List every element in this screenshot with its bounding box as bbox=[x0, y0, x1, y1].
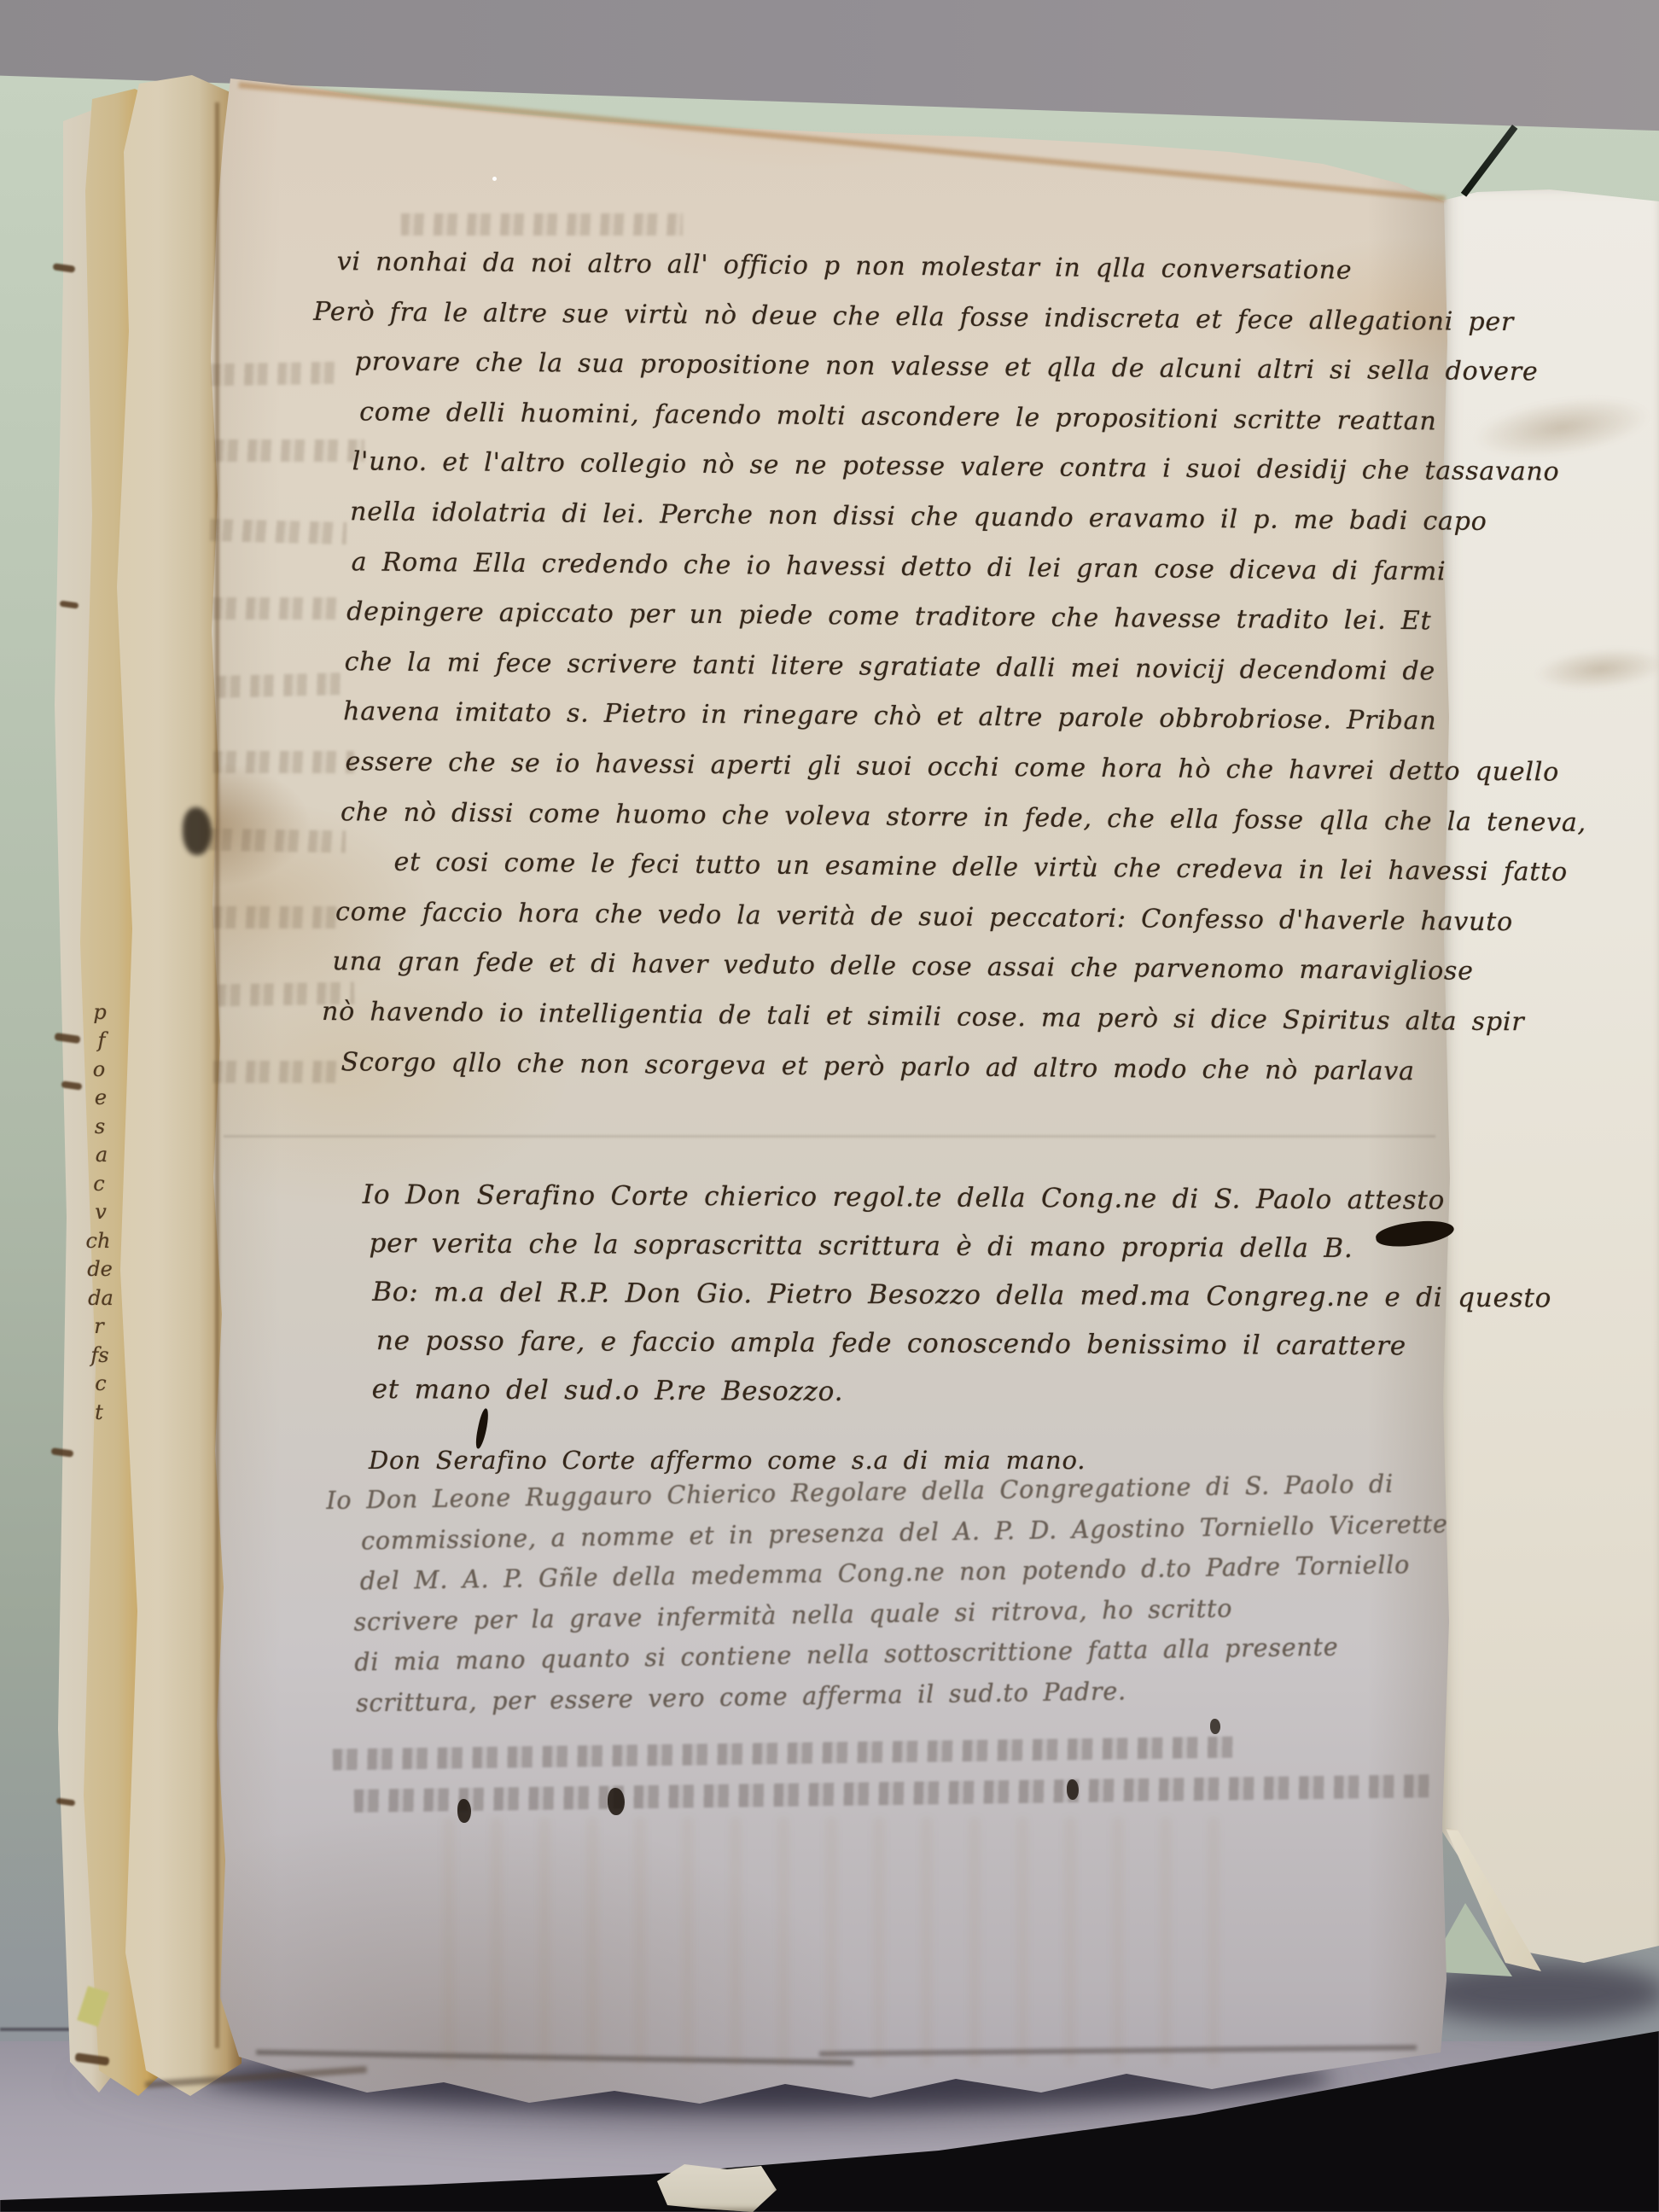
margin-letter: fs bbox=[82, 1343, 118, 1367]
ink-blot bbox=[608, 1788, 625, 1815]
margin-letter: c bbox=[81, 1172, 117, 1196]
margin-letter: c bbox=[83, 1371, 119, 1395]
margin-letter: o bbox=[81, 1057, 117, 1081]
manuscript-photo: vi nonhai da noi altro all' officio p no… bbox=[0, 0, 1659, 2212]
bleedthrough-line bbox=[401, 213, 683, 236]
margin-letter: s bbox=[82, 1115, 118, 1138]
text-line: Bo: m.a del R.P. Don Gio. Pietro Besozzo… bbox=[372, 1268, 1463, 1323]
text-line: nella idolatria di lei. Perche non dissi… bbox=[350, 487, 1457, 547]
ink-blot bbox=[1067, 1779, 1079, 1800]
text-line: Scorgo qllo che non scorgeva et però par… bbox=[341, 1038, 1452, 1097]
margin-letter: f bbox=[84, 1028, 119, 1052]
text-line: essere che se io havessi aperti gli suoi… bbox=[345, 737, 1454, 797]
margin-letter: e bbox=[83, 1086, 119, 1109]
margin-letter: v bbox=[83, 1200, 119, 1224]
text-line: vi nonhai da noi altro all' officio p no… bbox=[336, 237, 1458, 297]
text-line: nò havendo io intelligentia de tali et s… bbox=[322, 987, 1452, 1047]
margin-letter: de bbox=[82, 1257, 118, 1281]
text-line: ne posso fare, e faccio ampla fede conos… bbox=[376, 1317, 1463, 1371]
text-line: et cosi come le feci tutto un esamine de… bbox=[393, 838, 1453, 897]
text-line: depingere apiccato per un piede come tra… bbox=[346, 587, 1456, 647]
text-line: et mano del sud.o P.re Besozzo. bbox=[372, 1365, 1463, 1420]
attestation-leone: Io Don Leone Ruggauro Chierico Regolare … bbox=[326, 1463, 1473, 1724]
brown-stain bbox=[183, 807, 212, 855]
margin-letter: da bbox=[83, 1286, 119, 1310]
horizontal-crease bbox=[224, 1135, 1435, 1138]
margin-letter: a bbox=[84, 1143, 119, 1167]
text-line: provare che la sua propositione non vale… bbox=[354, 338, 1458, 398]
water-streaks bbox=[444, 1818, 1246, 2065]
ink-blot bbox=[457, 1799, 471, 1823]
main-paragraph: vi nonhai da noi altro all' officio p no… bbox=[317, 237, 1459, 1097]
margin-letter: p bbox=[82, 1000, 118, 1024]
ink-blot bbox=[1210, 1719, 1220, 1734]
attestation-serafino: Io Don Serafino Corte chierico regol.te … bbox=[362, 1171, 1464, 1420]
text-line: per verita che la soprascritta scrittura… bbox=[369, 1220, 1463, 1274]
bleedthrough-line bbox=[212, 362, 340, 387]
margin-letter: t bbox=[81, 1400, 117, 1424]
margin-letter: r bbox=[81, 1314, 117, 1338]
margin-letter: ch bbox=[80, 1229, 116, 1253]
dust-speck bbox=[492, 177, 497, 181]
text-line: Io Don Serafino Corte chierico regol.te … bbox=[363, 1171, 1464, 1225]
